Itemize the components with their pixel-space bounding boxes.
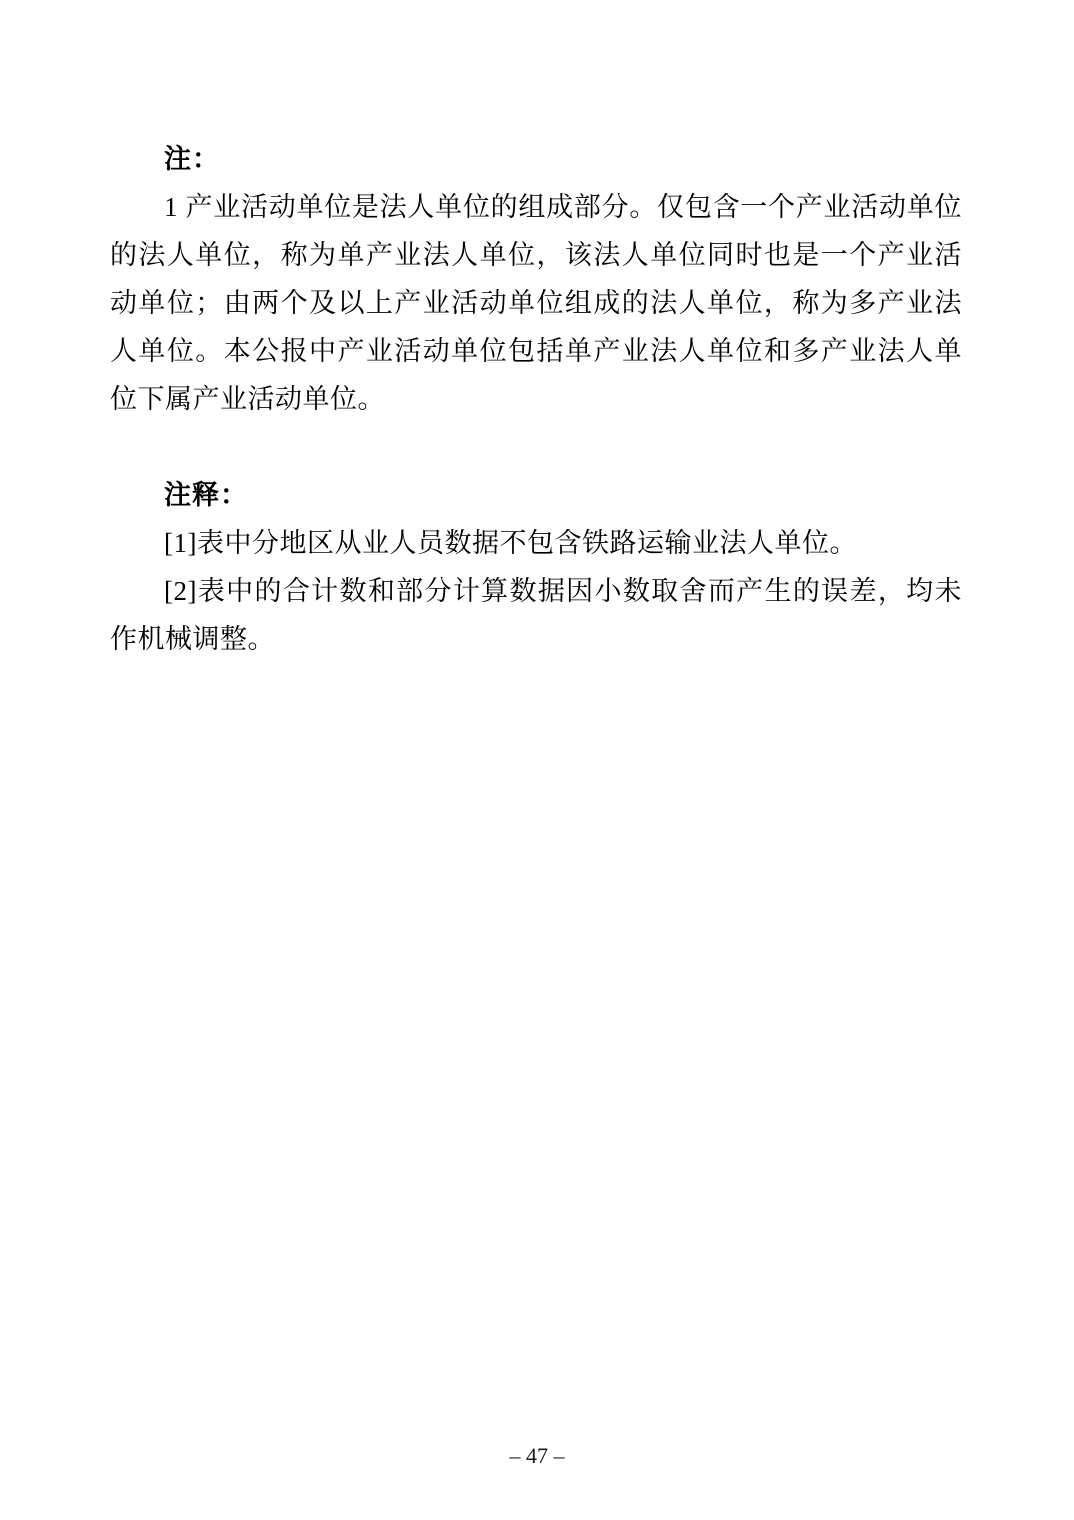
page-content: 注： 1 产业活动单位是法人单位的组成部分。仅包含一个产业活动单位的法人单位，称…	[110, 135, 962, 663]
footnote-1: [1]表中分地区从业人员数据不包含铁路运输业法人单位。	[110, 519, 962, 567]
footnote-2: [2]表中的合计数和部分计算数据因小数取舍而产生的误差，均未作机械调整。	[110, 567, 962, 663]
document-page: 注： 1 产业活动单位是法人单位的组成部分。仅包含一个产业活动单位的法人单位，称…	[0, 0, 1074, 1520]
notes-heading: 注释：	[110, 471, 962, 519]
note-paragraph: 1 产业活动单位是法人单位的组成部分。仅包含一个产业活动单位的法人单位，称为单产…	[110, 183, 962, 423]
note-heading: 注：	[110, 135, 962, 183]
page-number: – 47 –	[0, 1444, 1074, 1468]
